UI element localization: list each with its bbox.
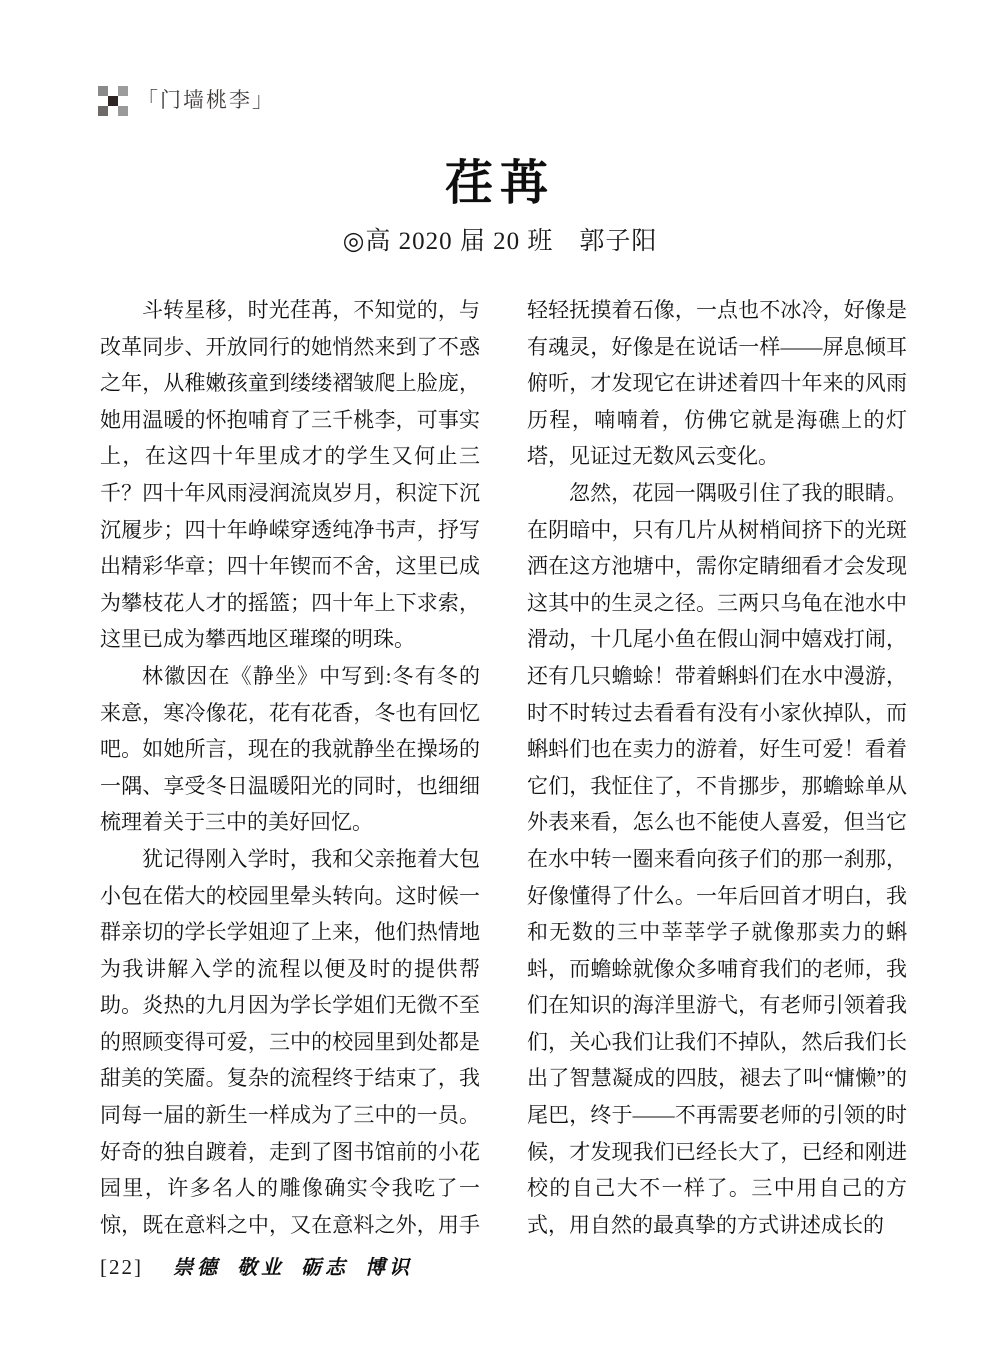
page-number: [22]	[100, 1255, 143, 1280]
article-title: 荏苒	[0, 156, 1000, 212]
page-footer: [22] 崇德 敬业 砺志 博识	[100, 1251, 413, 1280]
checker-logo-icon	[98, 86, 128, 116]
section-label: 「门墙桃李」	[137, 86, 275, 116]
section-header: 「门墙桃李」	[98, 86, 275, 116]
article-paragraph-4: 忽然，花园一隅吸引住了我的眼睛。在阴暗中，只有几片从树梢间挤下的光斑洒在这方池塘…	[527, 475, 907, 1243]
article-byline: ◎高 2020 届 20 班 郭子阳	[0, 226, 1000, 258]
school-motto: 崇德 敬业 砺志 博识	[173, 1251, 413, 1280]
article-paragraph-1: 斗转星移，时光荏苒，不知觉的，与改革同步、开放同行的她悄然来到了不惑之年，从稚嫩…	[100, 292, 480, 658]
magazine-page: 「门墙桃李」 荏苒 ◎高 2020 届 20 班 郭子阳 斗转星移，时光荏苒，不…	[0, 0, 1000, 1357]
article-paragraph-2: 林徽因在《静坐》中写到:冬有冬的来意，寒冷像花，花有花香，冬也有回忆吧。如她所言…	[100, 658, 480, 841]
article-body: 斗转星移，时光荏苒，不知觉的，与改革同步、开放同行的她悄然来到了不惑之年，从稚嫩…	[100, 292, 907, 1244]
